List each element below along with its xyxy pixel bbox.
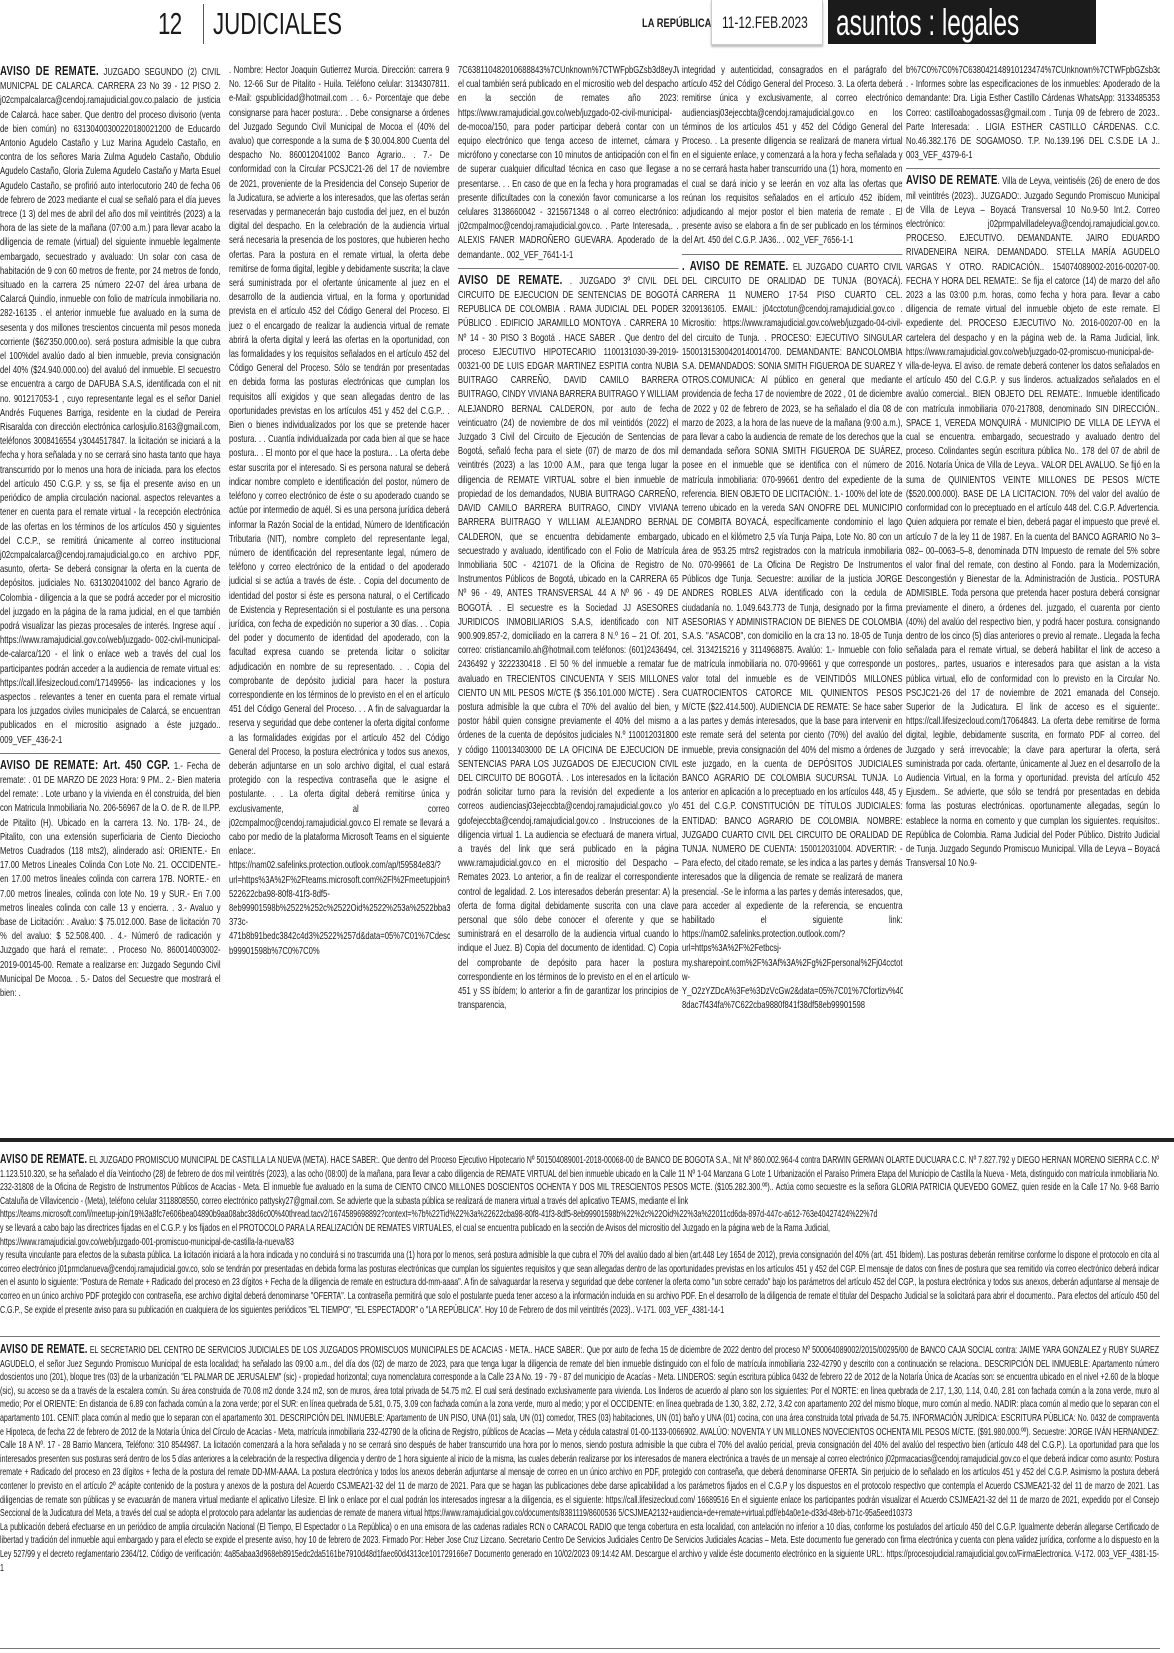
notice-body: . Villa de Leyva, veintiséis (26) de ene… — [906, 176, 1160, 869]
teams-link[interactable]: https://teams.microsoft.com/l/meetup-joi… — [0, 1208, 1159, 1222]
notice-divider — [682, 254, 903, 255]
masthead-divider — [203, 4, 204, 44]
notice: AVISO DE REMATE. Villa de Leyva, veintis… — [906, 173, 1160, 871]
wide-notice-castilla: AVISO DE REMATE. EL JUZGADO PROMISCUO MU… — [0, 1152, 1160, 1330]
notice-heading: AVISO DE REMATE. — [0, 64, 99, 78]
notice-continued: b%7C0%7C0%7C638042148910123474%7CUnknown… — [906, 64, 1160, 163]
notice-body: 7C638110482010688843%7CUnknown%7CTWFpbGZ… — [458, 65, 679, 261]
notice-heading: AVISO DE REMATE. — [458, 272, 563, 287]
date-box: 11-12.FEB.2023 — [711, 0, 823, 45]
notice-divider — [0, 1336, 1160, 1337]
notice-continued: integridad y autenticidad, consagrados e… — [682, 64, 903, 249]
notice-divider — [0, 753, 221, 754]
column-4: integridad y autenticidad, consagrados e… — [682, 64, 903, 1136]
notice-heading: . AVISO DE REMATE. — [682, 258, 788, 273]
notice: AVISO DE REMATE. . JUZGADO 3º CIVIL DEL … — [458, 273, 679, 1014]
notice-heading: AVISO DE REMATE: Art. 450 CGP. — [0, 757, 170, 772]
notice-body: . Nombre: Hector Joaquin Gutierrez Murci… — [229, 65, 450, 957]
notice: AVISO DE REMATE. EL JUZGADO PROMISCUO MU… — [0, 1152, 1159, 1208]
notice: . AVISO DE REMATE. EL JUZGADO CUARTO CIV… — [682, 259, 903, 1014]
notice-body-tail: La publicación deberá efectuarse en un p… — [0, 1521, 1159, 1575]
column-1: AVISO DE REMATE. JUZGADO SEGUNDO (2) CIV… — [0, 64, 221, 1136]
masthead: 12 JUDICIALES LA REPÚBLICA 11-12.FEB.202… — [0, 0, 1174, 48]
notice-divider — [458, 268, 679, 269]
section-title: JUDICIALES — [213, 6, 342, 42]
notice-body: 1.- Fecha de remate: . 01 DE MARZO DE 20… — [0, 761, 221, 999]
column-2: . Nombre: Hector Joaquin Gutierrez Murci… — [229, 64, 450, 1136]
notice-body: EL JUZGADO PROMISCUO MUNICIPAL DE CASTIL… — [0, 1155, 1159, 1207]
notice-heading: AVISO DE REMATE. — [0, 1152, 87, 1166]
notice-body: b%7C0%7C0%7C638042148910123474%7CUnknown… — [906, 65, 1160, 161]
notice: AVISO DE REMATE: Art. 450 CGP. 1.- Fecha… — [0, 758, 221, 1001]
page-number: 12 — [158, 6, 181, 42]
notice-continued: . Nombre: Hector Joaquin Gutierrez Murci… — [229, 64, 450, 959]
notice-continued: 7C638110482010688843%7CUnknown%7CTWFpbGZ… — [458, 64, 679, 263]
notice-body: integridad y autenticidad, consagrados e… — [682, 65, 903, 246]
notice-body: EL SECRETARIO DEL CENTRO DE SERVICIOS JU… — [0, 1345, 1159, 1519]
page-bottom-rule — [0, 1648, 1160, 1649]
notice: AVISO DE REMATE. EL SECRETARIO DEL CENTR… — [0, 1342, 1159, 1521]
newspaper-name: LA REPÚBLICA — [642, 16, 711, 30]
column-3: 7C638110482010688843%7CUnknown%7CTWFpbGZ… — [458, 64, 679, 1136]
notice-body-tail: y resulta vinculante para efectos de la … — [0, 1249, 1159, 1317]
microsite-link[interactable]: https://www.ramajudicial.gov.co/web/juzg… — [0, 1236, 1159, 1250]
notice-body: JUZGADO SEGUNDO (2) CIVIL MUNICPAL DE CA… — [0, 67, 221, 746]
notice-heading: AVISO DE REMATE — [906, 172, 998, 187]
brand-text: asuntos : legales — [836, 2, 1019, 44]
section-divider — [0, 1138, 1174, 1142]
notice: AVISO DE REMATE. JUZGADO SEGUNDO (2) CIV… — [0, 64, 221, 748]
notice-divider — [906, 168, 1160, 169]
issue-date: 11-12.FEB.2023 — [722, 13, 808, 33]
notice-heading: AVISO DE REMATE. — [0, 1342, 88, 1356]
wide-notice-acacias: AVISO DE REMATE. EL SECRETARIO DEL CENTR… — [0, 1342, 1160, 1646]
brand-logo: asuntos : legales — [828, 0, 1096, 44]
notice-columns: AVISO DE REMATE. JUZGADO SEGUNDO (2) CIV… — [0, 64, 1174, 1136]
notice-body: . JUZGADO 3º CIVIL DEL CIRCUITO DE EJECU… — [458, 276, 679, 1011]
notice-line: y se llevará a cabo bajo las directrices… — [0, 1222, 1159, 1236]
notice-body: EL JUZGADO CUARTO CIVIL DEL CIRCUITO DE … — [682, 262, 903, 1012]
column-5: b%7C0%7C0%7C638042148910123474%7CUnknown… — [906, 64, 1160, 1136]
